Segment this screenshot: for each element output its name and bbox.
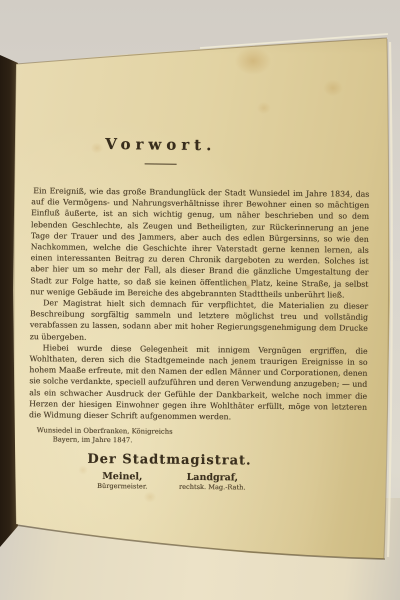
signature-role: rechtsk. Mag.-Rath.: [179, 483, 246, 492]
signature-row: Meinel, Bürgermeister. Landgraf, rechtsk…: [28, 470, 366, 504]
paragraph: Hiebei wurde diese Gelegenheit mit innig…: [29, 342, 368, 424]
dateline-year: Bayern, im Jahre 1847.: [53, 436, 367, 448]
page-content: Vorwort. Ein Ereigniß, wie das große Bra…: [28, 134, 370, 503]
title-divider: [145, 163, 177, 164]
signature-heading-block: Der Stadtmagistrat.: [28, 451, 366, 470]
signature-left: Meinel, Bürgermeister.: [97, 471, 147, 491]
dateline: Wunsiedel in Oberfranken, Königreichs Ba…: [29, 426, 367, 447]
signature-role: Bürgermeister.: [97, 482, 147, 491]
signature-heading: Der Stadtmagistrat.: [28, 451, 310, 469]
paragraph: Der Magistrat hielt sich demnach für ver…: [30, 297, 368, 345]
signature-right: Landgraf, rechtsk. Mag.-Rath.: [179, 472, 246, 492]
paragraph: Ein Ereigniß, wie das große Brandunglück…: [30, 185, 369, 301]
signature-name: Landgraf,: [179, 472, 246, 484]
page-title: Vorwort.: [32, 134, 290, 155]
foreword-text: Ein Ereigniß, wie das große Brandunglück…: [29, 185, 369, 424]
book-page: Vorwort. Ein Ereigniß, wie das große Bra…: [0, 0, 400, 600]
signature-name: Meinel,: [97, 471, 147, 483]
title-block: Vorwort.: [32, 134, 370, 167]
